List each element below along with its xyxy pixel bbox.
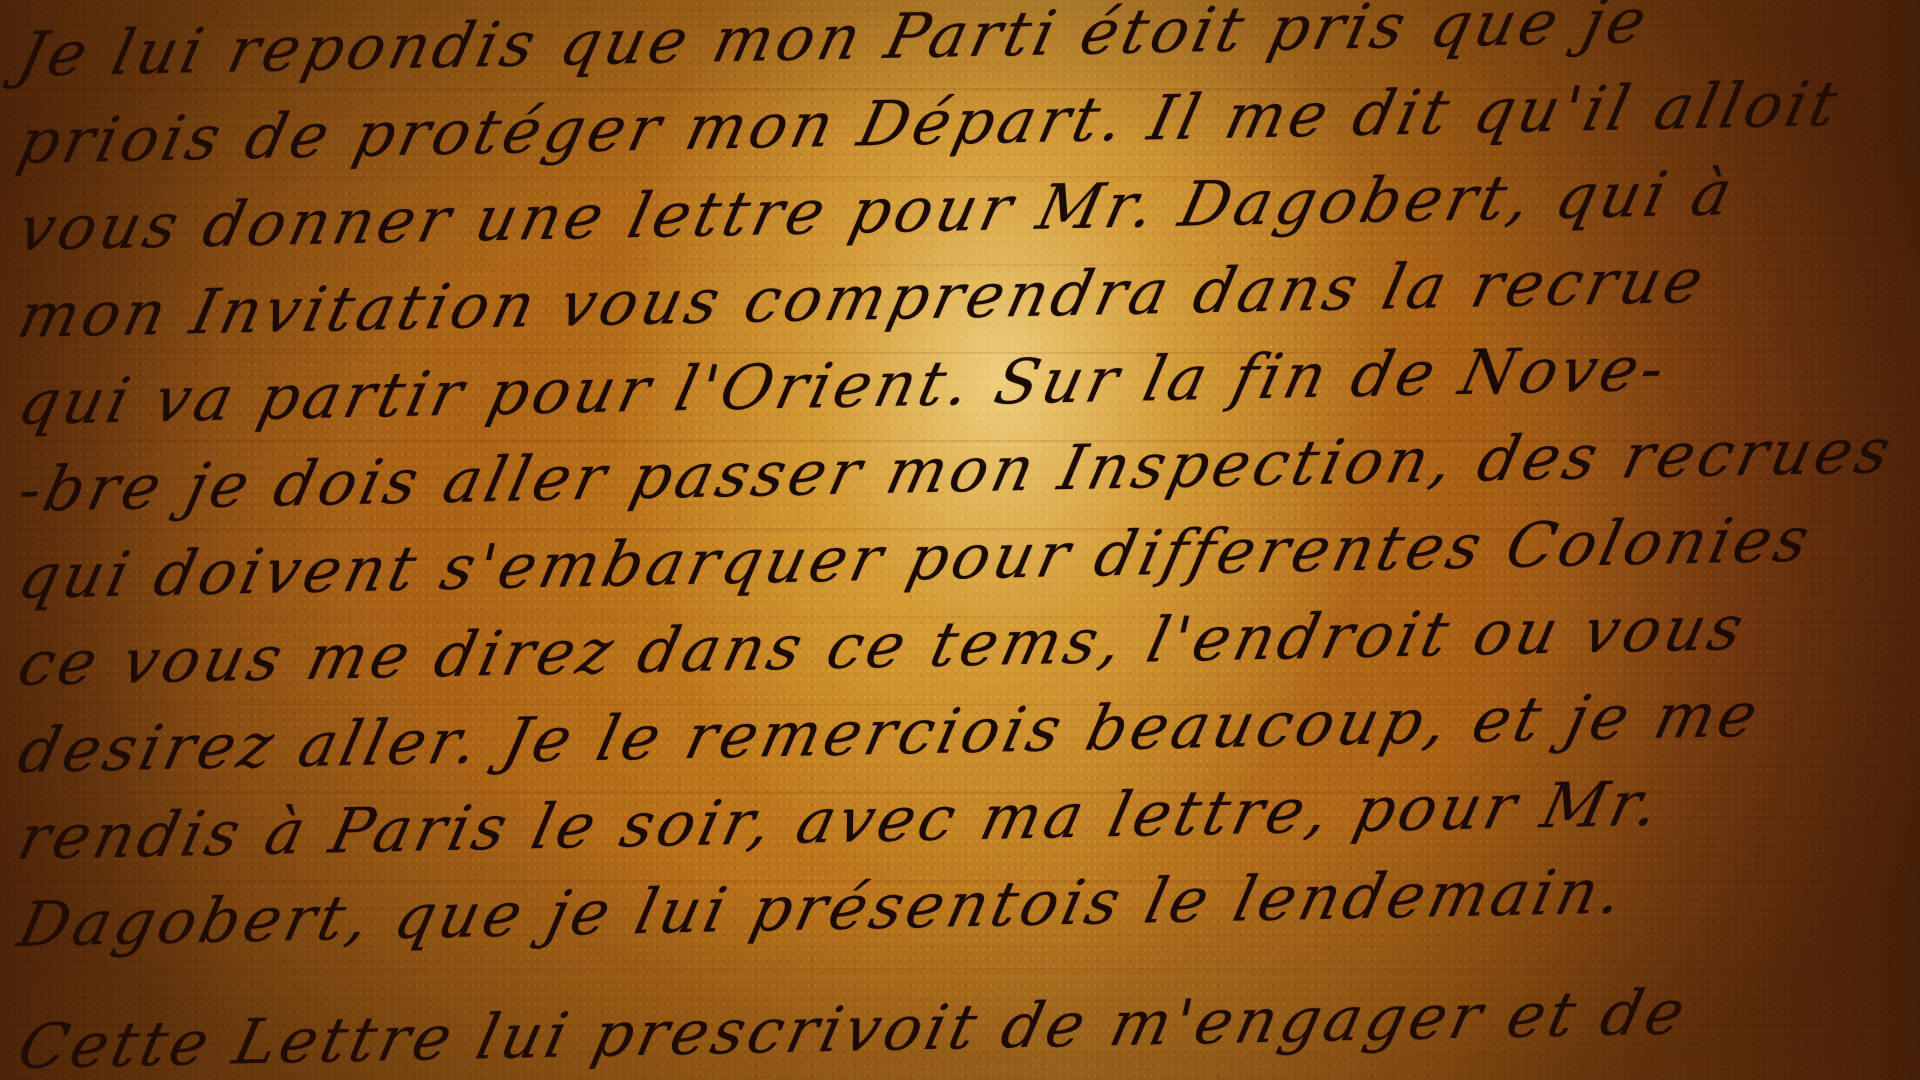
manuscript-text: Je lui repondis que mon Parti étoit pris… (0, 0, 1920, 1080)
manuscript-line: rendis à Paris le soir, avec ma lettre, … (12, 767, 1670, 874)
manuscript-line: Cette Lettre lui prescrivoit de m'engage… (12, 975, 1696, 1080)
manuscript-page: Je lui repondis que mon Parti étoit pris… (0, 0, 1920, 1080)
manuscript-line: Dagobert, que je lui présentois le lende… (12, 855, 1634, 961)
